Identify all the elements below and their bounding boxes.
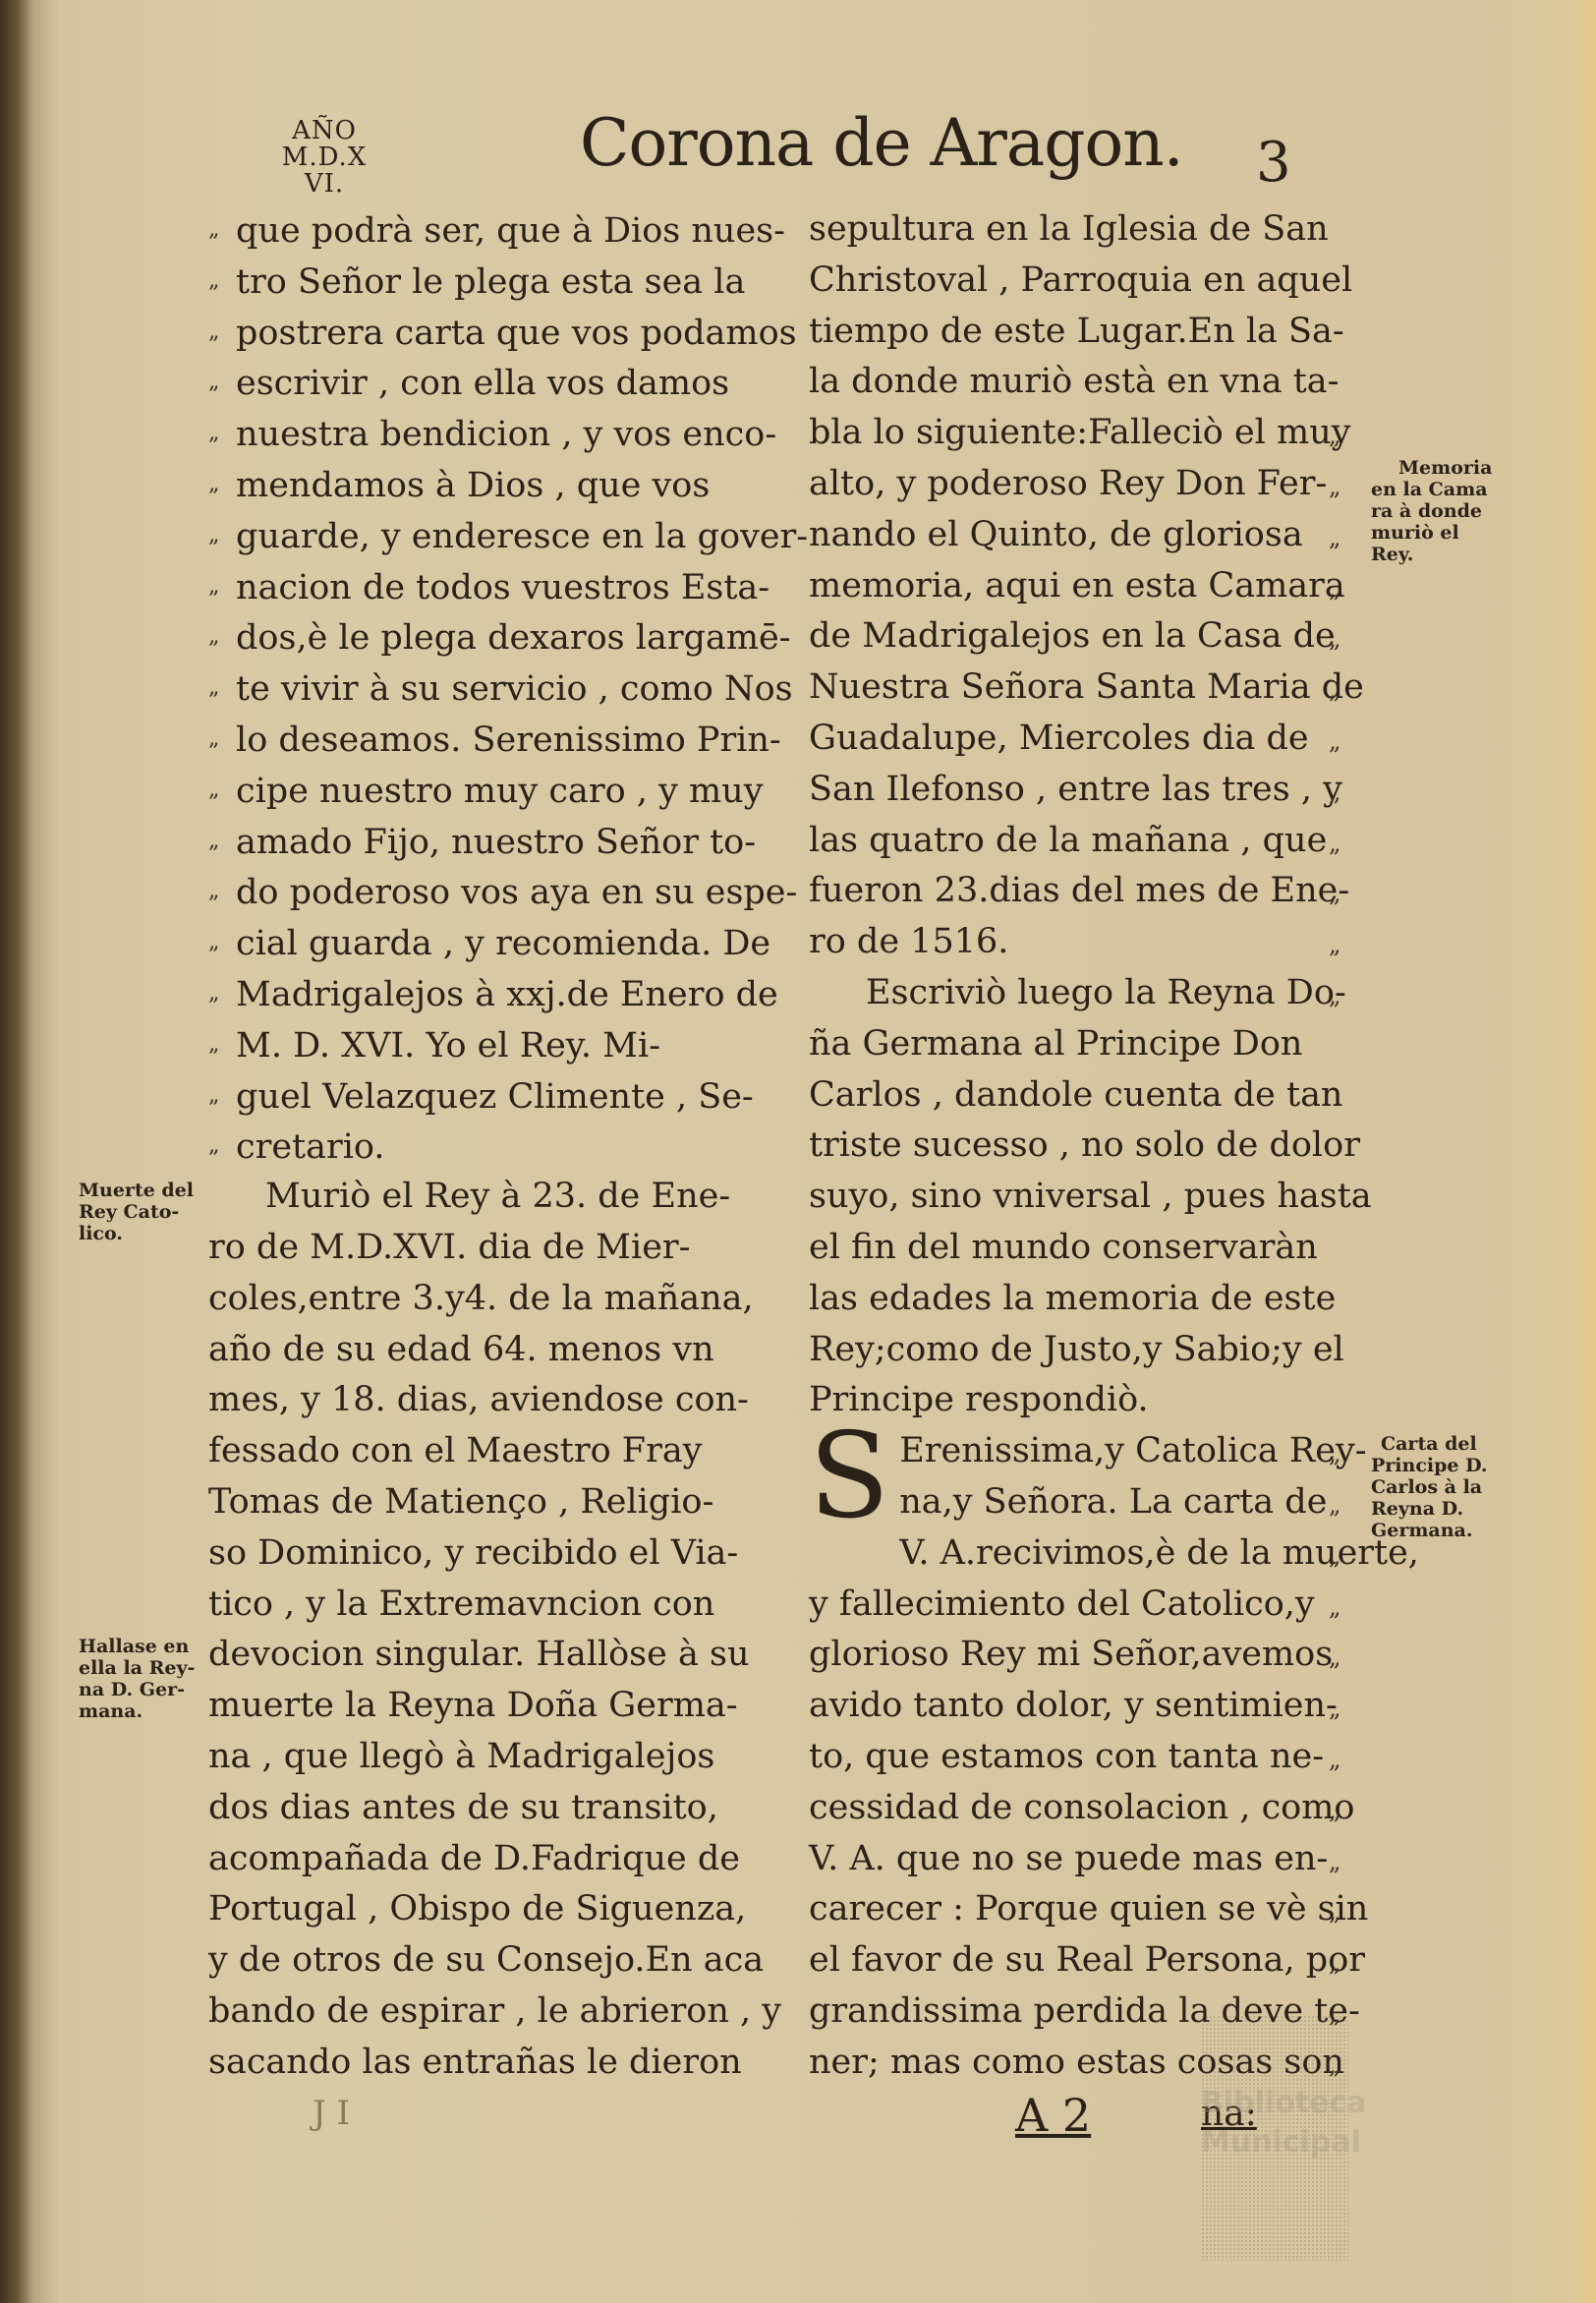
note-line: ella la Rey- [79, 1657, 206, 1679]
line-text: fueron 23.dias del mes de Ene- [809, 871, 1349, 910]
line-text: San Ilefonso , entre las tres , y [809, 770, 1342, 809]
line-text: amado Fijo, nuestro Señor to- [236, 823, 756, 862]
text-line: Portugal , Obispo de Siguenza, [208, 1884, 778, 1935]
text-line: triste sucesso , no solo de dolor [809, 1121, 1320, 1172]
quote-mark-icon: „ [1329, 1797, 1340, 1824]
line-text: nuestra bendicion , y vos enco- [236, 415, 776, 454]
line-text: Tomas de Matienço , Religio- [208, 1482, 713, 1522]
watermark-line: Municipal [1201, 2123, 1348, 2162]
quote-mark-icon: „ [208, 662, 236, 714]
quote-mark-icon: „ [208, 510, 236, 561]
text-line: Rey;como de Justo,y Sabio;y el [809, 1325, 1320, 1376]
quote-mark-icon: „ [208, 307, 236, 358]
line-text: la donde muriò està en vna ta- [809, 362, 1339, 401]
text-line: mes, y 18. dias, aviendose con- [208, 1375, 778, 1426]
quote-mark-icon: „ [208, 357, 236, 408]
note-line: Memoria [1371, 457, 1499, 479]
text-line: tico , y la Extremavncion con [208, 1580, 778, 1631]
quote-mark-icon: „ [1329, 524, 1340, 551]
line-text: so Dominico, y recibido el Via- [208, 1533, 738, 1573]
right-text-column: sepultura en la Iglesia de SanChristoval… [809, 204, 1320, 2088]
text-line: de Madrigalejos en la Casa de [809, 611, 1320, 662]
note-line: en la Cama [1371, 479, 1499, 500]
text-line: „dos,è le plega dexaros largamē- [208, 611, 778, 662]
line-text: M. D. XVI. Yo el Rey. Mi- [236, 1026, 660, 1065]
text-line: Tomas de Matienço , Religio- [208, 1477, 778, 1528]
line-text: glorioso Rey mi Señor,avemos [809, 1635, 1333, 1674]
line-text: Carlos , dandole cuenta de tan [809, 1075, 1342, 1115]
quote-mark-icon: „ [208, 204, 236, 256]
text-line: Muriò el Rey à 23. de Ene- [208, 1172, 778, 1223]
text-line: coles,entre 3.y4. de la mañana, [208, 1274, 778, 1325]
page-title: Corona de Aragon. [580, 104, 1183, 183]
text-line: Nuestra Señora Santa Maria de [809, 662, 1320, 714]
text-line: nando el Quinto, de gloriosa [809, 510, 1320, 561]
text-line: las edades la memoria de este [809, 1274, 1320, 1325]
quote-mark-icon: „ [208, 816, 236, 867]
quote-mark-icon: „ [1329, 422, 1340, 449]
quote-mark-icon: „ [1329, 727, 1340, 755]
line-text: tiempo de este Lugar.En la Sa- [809, 312, 1344, 351]
text-line: V. A. que no se puede mas en- [809, 1834, 1320, 1885]
margin-note-carta: Carta del Principe D. Carlos à la Reyna … [1371, 1433, 1499, 1541]
text-line: dos dias antes de su transito, [208, 1783, 778, 1834]
line-text: tro Señor le plega esta sea la [236, 262, 745, 302]
text-line: na , que llegò à Madrigalejos [208, 1732, 778, 1783]
quote-mark-icon: „ [208, 765, 236, 816]
text-line: glorioso Rey mi Señor,avemos [809, 1630, 1320, 1681]
line-text: que podrà ser, que à Dios nues- [236, 211, 785, 251]
text-line: „que podrà ser, que à Dios nues- [208, 204, 778, 256]
text-line: y fallecimiento del Catolico,y [809, 1580, 1320, 1631]
line-text: nacion de todos vuestros Esta- [236, 568, 769, 607]
text-line: y de otros de su Consejo.En aca [208, 1935, 778, 1986]
line-text: postrera carta que vos podamos [236, 314, 797, 353]
text-line: el favor de su Real Persona, por [809, 1935, 1320, 1986]
text-line: tiempo de este Lugar.En la Sa- [809, 307, 1320, 358]
line-text: bando de espirar , le abrieron , y [208, 1991, 781, 2031]
note-line: Reyna D. [1371, 1498, 1499, 1520]
text-line: SErenissima,y Catolica Rey- [809, 1426, 1320, 1477]
watermark-line: Biblioteca [1201, 2084, 1348, 2123]
text-line: ro de 1516. [809, 917, 1320, 968]
line-text: Erenissima,y Catolica Rey- [899, 1431, 1366, 1470]
line-text: las quatro de la mañana , que [809, 821, 1327, 860]
text-line: las quatro de la mañana , que [809, 816, 1320, 867]
line-text: dos dias antes de su transito, [208, 1788, 718, 1827]
line-text: guel Velazquez Climente , Se- [236, 1077, 754, 1117]
quote-mark-icon: „ [1329, 982, 1340, 1009]
line-text: coles,entre 3.y4. de la mañana, [208, 1279, 754, 1318]
line-text: memoria, aqui en esta Camara [809, 566, 1345, 605]
line-text: año de su edad 64. menos vn [208, 1330, 714, 1369]
quote-mark-icon: „ [1329, 1949, 1340, 1977]
text-line: „lo deseamos. Serenissimo Prin- [208, 714, 778, 765]
book-page: AÑO M.D.X VI. Corona de Aragon. 3 „que p… [0, 0, 1596, 2303]
note-line: ra à donde [1371, 500, 1499, 522]
text-line: Escriviò luego la Reyna Do- [809, 968, 1320, 1019]
line-text: cial guarda , y recomienda. De [236, 924, 770, 963]
quote-mark-icon: „ [208, 408, 236, 459]
line-text: ña Germana al Principe Don [809, 1024, 1302, 1064]
note-line: Germana. [1371, 1520, 1499, 1541]
text-line: San Ilefonso , entre las tres , y [809, 765, 1320, 816]
note-line: Principe D. [1371, 1455, 1499, 1476]
line-text: do poderoso vos aya en su espe- [236, 873, 797, 912]
text-line: Christoval , Parroquia en aquel [809, 256, 1320, 307]
text-line: „Madrigalejos à xxj.de Enero de [208, 968, 778, 1019]
library-watermark: Biblioteca Municipal [1201, 2015, 1348, 2261]
line-text: na , que llegò à Madrigalejos [208, 1737, 714, 1776]
text-line: „do poderoso vos aya en su espe- [208, 866, 778, 917]
text-line: so Dominico, y recibido el Via- [208, 1528, 778, 1580]
quote-mark-icon: „ [1329, 1898, 1340, 1926]
drop-cap: S [809, 1428, 889, 1530]
text-line: Guadalupe, Miercoles dia de [809, 714, 1320, 765]
note-line: Rey Cato- [79, 1201, 206, 1223]
text-line: memoria, aqui en esta Camara [809, 561, 1320, 612]
quote-mark-icon: „ [1329, 575, 1340, 603]
quote-mark-icon: „ [208, 866, 236, 917]
year-value: M.D.X VI. [265, 144, 383, 198]
note-line: Carta del [1371, 1433, 1499, 1455]
text-line: „te vivir à su servicio , como Nos [208, 662, 778, 714]
line-text: bla lo siguiente:Falleciò el muy [809, 413, 1351, 452]
quote-mark-icon: „ [208, 256, 236, 307]
line-text: ro de M.D.XVI. dia de Mier- [208, 1228, 690, 1267]
quote-mark-icon: „ [1329, 1542, 1340, 1570]
line-text: guarde, y enderesce en la gover- [236, 517, 808, 556]
quote-mark-icon: „ [208, 1019, 236, 1070]
line-text: to, que estamos con tanta ne- [809, 1737, 1324, 1776]
text-line: „escrivir , con ella vos damos [208, 357, 778, 408]
line-text: y fallecimiento del Catolico,y [809, 1584, 1315, 1624]
line-text: cessidad de consolacion , como [809, 1788, 1355, 1827]
line-text: Madrigalejos à xxj.de Enero de [236, 975, 778, 1014]
note-line: Muerte del [79, 1180, 206, 1201]
line-text: sacando las entrañas le dieron [208, 2043, 742, 2082]
text-line: la donde muriò està en vna ta- [809, 357, 1320, 408]
line-text: sepultura en la Iglesia de San [809, 209, 1329, 249]
text-line: „nacion de todos vuestros Esta- [208, 561, 778, 612]
line-text: cretario. [236, 1127, 384, 1167]
text-line: acompañada de D.Fadrique de [208, 1834, 778, 1885]
quote-mark-icon: „ [1329, 1695, 1340, 1722]
note-line: Rey. [1371, 544, 1499, 565]
note-line: mana. [79, 1700, 206, 1722]
line-text: Guadalupe, Miercoles dia de [809, 719, 1309, 758]
line-text: cipe nuestro muy caro , y muy [236, 772, 763, 811]
text-line: „mendamos à Dios , que vos [208, 459, 778, 510]
text-line: alto, y poderoso Rey Don Fer- [809, 459, 1320, 510]
line-text: acompañada de D.Fadrique de [208, 1839, 740, 1878]
margin-note-muerte: Muerte del Rey Cato- lico. [79, 1180, 206, 1244]
line-text: carecer : Porque quien se vè sin [809, 1889, 1368, 1929]
line-text: Muriò el Rey à 23. de Ene- [265, 1177, 730, 1216]
text-line: suyo, sino vniversal , pues hasta [809, 1172, 1320, 1223]
quote-mark-icon: „ [208, 968, 236, 1019]
text-line: año de su edad 64. menos vn [208, 1325, 778, 1376]
line-text: Christoval , Parroquia en aquel [809, 260, 1352, 300]
text-line: „cipe nuestro muy caro , y muy [208, 765, 778, 816]
text-line: bla lo siguiente:Falleciò el muy [809, 408, 1320, 459]
line-text: V. A.recivimos,è de la muerte, [899, 1533, 1419, 1573]
line-text: nando el Quinto, de gloriosa [809, 515, 1303, 554]
footer-mark: J I [313, 2094, 350, 2133]
line-text: mendamos à Dios , que vos [236, 466, 710, 505]
text-line: carecer : Porque quien se vè sin [809, 1884, 1320, 1935]
text-line: Principe respondiò. [809, 1375, 1320, 1426]
line-text: y de otros de su Consejo.En aca [208, 1940, 764, 1980]
line-text: Principe respondiò. [809, 1380, 1149, 1419]
text-line: cessidad de consolacion , como [809, 1783, 1320, 1834]
text-line: „guarde, y enderesce en la gover- [208, 510, 778, 561]
text-line: „guel Velazquez Climente , Se- [208, 1070, 778, 1122]
line-text: muerte la Reyna Doña Germa- [208, 1686, 738, 1725]
quote-mark-icon: „ [1329, 931, 1340, 958]
line-text: las edades la memoria de este [809, 1279, 1336, 1318]
text-line: fueron 23.dias del mes de Ene- [809, 866, 1320, 917]
quote-mark-icon: „ [1329, 1491, 1340, 1519]
quote-mark-icon: „ [208, 611, 236, 662]
quote-mark-icon: „ [208, 714, 236, 765]
note-line: Hallase en [79, 1636, 206, 1657]
line-text: Nuestra Señora Santa Maria de [809, 667, 1364, 707]
line-text: el favor de su Real Persona, por [809, 1940, 1365, 1980]
year-label: AÑO [265, 118, 383, 144]
text-line: bando de espirar , le abrieron , y [208, 1986, 778, 2038]
line-text: escrivir , con ella vos damos [236, 364, 729, 403]
line-text: na,y Señora. La carta de [899, 1482, 1327, 1522]
text-line: „tro Señor le plega esta sea la [208, 256, 778, 307]
quote-mark-icon: „ [208, 917, 236, 968]
line-text: avido tanto dolor, y sentimien- [809, 1686, 1338, 1725]
line-text: te vivir à su servicio , como Nos [236, 669, 793, 709]
left-text-column: „que podrà ser, que à Dios nues-„tro Señ… [208, 204, 778, 2088]
line-text: Escriviò luego la Reyna Do- [866, 973, 1346, 1012]
quote-mark-icon: „ [1329, 1440, 1340, 1468]
line-text: de Madrigalejos en la Casa de [809, 616, 1336, 656]
quote-mark-icon: „ [1329, 1593, 1340, 1621]
line-text: lo deseamos. Serenissimo Prin- [236, 720, 781, 760]
text-line: sacando las entrañas le dieron [208, 2038, 778, 2089]
note-line: lico. [79, 1223, 206, 1244]
text-line: ro de M.D.XVI. dia de Mier- [208, 1223, 778, 1274]
quote-mark-icon: „ [1329, 778, 1340, 806]
text-line: to, que estamos con tanta ne- [809, 1732, 1320, 1783]
note-line: muriò el [1371, 522, 1499, 544]
year-heading: AÑO M.D.X VI. [265, 118, 383, 198]
quote-mark-icon: „ [208, 1070, 236, 1122]
quote-mark-icon: „ [1329, 1746, 1340, 1773]
line-text: devocion singular. Hallòse à su [208, 1635, 749, 1674]
quote-mark-icon: „ [1329, 625, 1340, 653]
quote-mark-icon: „ [1329, 830, 1340, 857]
line-text: mes, y 18. dias, aviendose con- [208, 1380, 749, 1419]
text-line: sepultura en la Iglesia de San [809, 204, 1320, 256]
line-text: tico , y la Extremavncion con [208, 1584, 714, 1624]
quote-mark-icon: „ [1329, 880, 1340, 907]
running-header: AÑO M.D.X VI. Corona de Aragon. 3 [0, 98, 1596, 197]
text-line: muerte la Reyna Doña Germa- [208, 1681, 778, 1732]
quote-mark-icon: „ [208, 1121, 236, 1172]
note-line: Carlos à la [1371, 1476, 1499, 1498]
line-text: dos,è le plega dexaros largamē- [236, 618, 791, 658]
text-line: „cial guarda , y recomienda. De [208, 917, 778, 968]
line-text: Rey;como de Justo,y Sabio;y el [809, 1330, 1344, 1369]
line-text: alto, y poderoso Rey Don Fer- [809, 464, 1327, 503]
text-line: „postrera carta que vos podamos [208, 307, 778, 358]
text-line: „amado Fijo, nuestro Señor to- [208, 816, 778, 867]
quote-mark-icon: „ [1329, 1643, 1340, 1671]
line-text: suyo, sino vniversal , pues hasta [809, 1177, 1372, 1216]
text-line: „nuestra bendicion , y vos enco- [208, 408, 778, 459]
quote-mark-icon: „ [1329, 676, 1340, 704]
line-text: Portugal , Obispo de Siguenza, [208, 1889, 746, 1929]
text-line: fessado con el Maestro Fray [208, 1426, 778, 1477]
line-text: V. A. que no se puede mas en- [809, 1839, 1328, 1878]
text-line: devocion singular. Hallòse à su [208, 1630, 778, 1681]
text-line: ña Germana al Principe Don [809, 1019, 1320, 1070]
line-text: ro de 1516. [809, 922, 1008, 961]
text-line: Carlos , dandole cuenta de tan [809, 1070, 1320, 1122]
margin-note-hallase: Hallase en ella la Rey- na D. Ger- mana. [79, 1636, 206, 1722]
note-line: na D. Ger- [79, 1679, 206, 1700]
line-text: triste sucesso , no solo de dolor [809, 1125, 1360, 1165]
page-number: 3 [1256, 134, 1291, 193]
quote-mark-icon: „ [208, 561, 236, 612]
margin-note-memoria: Memoria en la Cama ra à donde muriò el R… [1371, 457, 1499, 565]
text-line: el fin del mundo conservaràn [809, 1223, 1320, 1274]
text-line: avido tanto dolor, y sentimien- [809, 1681, 1320, 1732]
text-line: „M. D. XVI. Yo el Rey. Mi- [208, 1019, 778, 1070]
line-text: fessado con el Maestro Fray [208, 1431, 702, 1470]
quote-mark-icon: „ [1329, 1848, 1340, 1875]
quote-mark-icon: „ [1329, 473, 1340, 500]
line-text: el fin del mundo conservaràn [809, 1228, 1318, 1267]
quote-mark-icon: „ [208, 459, 236, 510]
text-line: „cretario. [208, 1121, 778, 1172]
signature-mark: A 2 [1015, 2089, 1091, 2142]
